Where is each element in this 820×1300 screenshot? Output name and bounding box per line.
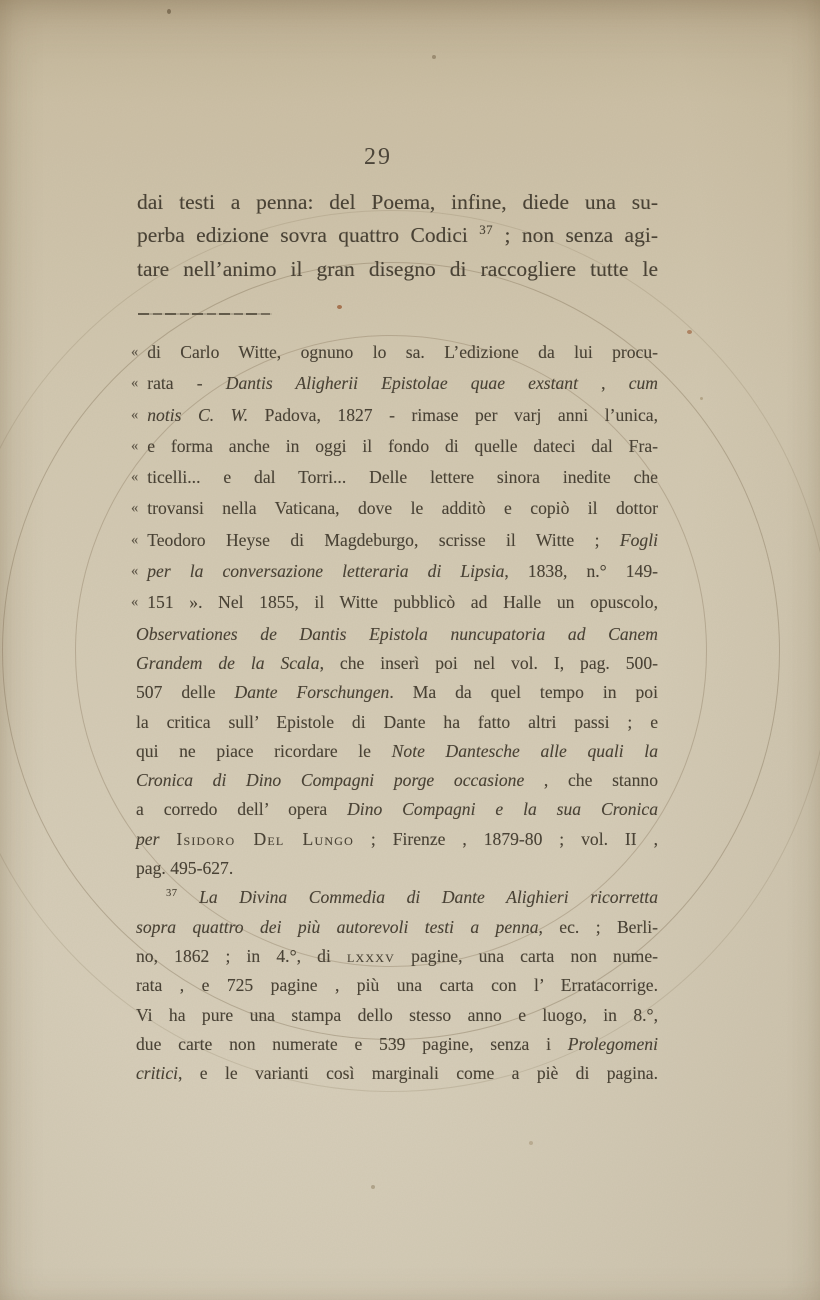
text-run: Teodoro Heyse di Magdeburgo, scrisse il …: [147, 530, 620, 550]
footnote-line: Grandem de la Scala, che inserì poi nel …: [136, 649, 658, 678]
body-line: perba edizione sovra quattro Codici 37 ;…: [137, 219, 658, 252]
body-text: dai testi a penna: del Poema, infine, di…: [137, 186, 658, 286]
body-line: tare nell’animo il gran disegno di racco…: [137, 253, 658, 286]
footnote-line: per Isidoro Del Lungo ; Firenze , 1879-8…: [136, 825, 658, 854]
text-run: 37: [479, 223, 493, 237]
footnote-line: critici, e le varianti così marginali co…: [136, 1059, 658, 1088]
text-run: ,: [578, 373, 629, 393]
text-run: , ec. ; Berli-: [539, 917, 658, 937]
text-run: [178, 887, 200, 907]
text-run: pagine, una carta non nume-: [395, 946, 658, 966]
footnote-line: Observationes de Dantis Epistola nuncupa…: [136, 620, 658, 649]
paper-speck: [167, 9, 171, 14]
footnote-line: la critica sull’ Epistole di Dante ha fa…: [136, 708, 658, 737]
text-run: Vi ha pure una stampa dello stesso anno …: [136, 1005, 658, 1025]
text-run: 507 delle: [136, 682, 235, 702]
text-run: rata -: [147, 373, 226, 393]
text-run: . Ma da quel tempo in poi: [389, 682, 658, 702]
text-run: Grandem de la Scala: [136, 653, 320, 673]
footnote-line: «Teodoro Heyse di Magdeburgo, scrisse il…: [136, 526, 658, 557]
text-run: ; Firenze , 1879-80 ; vol. II ,: [354, 829, 658, 849]
text-run: notis C. W.: [147, 405, 248, 425]
footnote-line: pag. 495-627.: [136, 854, 658, 883]
text-run: [159, 829, 176, 849]
footnote-line: due carte non numerate e 539 pagine, sen…: [136, 1030, 658, 1059]
footnote-line: «e forma anche in oggi il fondo di quell…: [136, 432, 658, 463]
quote-continuation-mark: «: [131, 432, 138, 461]
text-run: lxxxv: [347, 946, 395, 966]
text-run: per la conversazione letteraria di Lipsi…: [147, 561, 504, 581]
text-run: a corredo dell’ opera: [136, 799, 347, 819]
text-run: Dantis Aligherii Epistolae quae exstant: [226, 373, 578, 393]
text-run: per: [136, 829, 159, 849]
paper-speck: [337, 305, 342, 309]
text-run: , che inserì poi nel vol. I, pag. 500-: [320, 653, 658, 673]
footnote-line: Vi ha pure una stampa dello stesso anno …: [136, 1001, 658, 1030]
footnote-line: «151 ». Nel 1855, il Witte pubblicò ad H…: [136, 588, 658, 619]
footnote-line: Cronica di Dino Compagni porge occasione…: [136, 766, 658, 795]
text-run: Fogli: [620, 530, 658, 550]
footnote-line: «per la conversazione letteraria di Lips…: [136, 557, 658, 588]
paper-speck: [432, 55, 436, 59]
text-run: , e le varianti così marginali come a pi…: [178, 1063, 658, 1083]
book-page: 29 dai testi a penna: del Poema, infine,…: [0, 0, 820, 1300]
text-run: trovansi nella Vaticana, dove le additò …: [147, 498, 658, 518]
text-run: rata , e 725 pagine , più una carta con …: [136, 975, 658, 995]
footnote-line: rata , e 725 pagine , più una carta con …: [136, 971, 658, 1000]
footnote-line: a corredo dell’ opera Dino Compagni e la…: [136, 795, 658, 824]
paper-speck: [529, 1141, 533, 1145]
footnote-text: «di Carlo Witte, ognuno lo sa. L’edizion…: [136, 338, 658, 1088]
text-run: qui ne piace ricordare le: [136, 741, 392, 761]
body-line: dai testi a penna: del Poema, infine, di…: [137, 186, 658, 219]
quote-continuation-mark: «: [131, 526, 138, 555]
text-run: Dino Compagni e la sua Cronica: [347, 799, 658, 819]
text-run: perba edizione sovra quattro Codici: [137, 223, 479, 247]
text-run: ; non senza agi-: [493, 223, 658, 247]
quote-continuation-mark: «: [131, 588, 138, 617]
text-run: sopra quattro dei più autorevoli testi a…: [136, 917, 539, 937]
text-run: cum: [629, 373, 658, 393]
text-run: due carte non numerate e 539 pagine, sen…: [136, 1034, 568, 1054]
paper-speck: [371, 1185, 375, 1189]
text-run: Prolegomeni: [568, 1034, 658, 1054]
text-run: tare nell’animo il gran disegno di racco…: [137, 257, 658, 281]
text-run: no, 1862 ; in 4.°, di: [136, 946, 347, 966]
footnote-line: 507 delle Dante Forschungen. Ma da quel …: [136, 678, 658, 707]
text-run: Dante Forschungen: [235, 682, 390, 702]
footnote-separator: [138, 313, 272, 315]
text-run: 151 ». Nel 1855, il Witte pubblicò ad Ha…: [147, 592, 658, 612]
quote-continuation-mark: «: [131, 338, 138, 367]
footnote-line: «notis C. W. Padova, 1827 - rimase per v…: [136, 401, 658, 432]
text-run: pag. 495-627.: [136, 858, 233, 878]
paper-speck: [687, 330, 692, 334]
quote-continuation-mark: «: [131, 463, 138, 492]
footnote-line: no, 1862 ; in 4.°, di lxxxv pagine, una …: [136, 942, 658, 971]
footnote-line: «trovansi nella Vaticana, dove le additò…: [136, 494, 658, 525]
page-number: 29: [340, 144, 416, 171]
footnote-line: qui ne piace ricordare le Note Dantesche…: [136, 737, 658, 766]
text-run: Isidoro Del Lungo: [176, 829, 354, 849]
text-run: , 1838, n.° 149-: [504, 561, 658, 581]
footnote-line: sopra quattro dei più autorevoli testi a…: [136, 913, 658, 942]
text-run: dai testi a penna: del Poema, infine, di…: [137, 190, 658, 214]
text-run: Note Dantesche alle quali la: [392, 741, 658, 761]
text-run: Padova, 1827 - rimase per varj anni l’un…: [248, 405, 658, 425]
text-run: e forma anche in oggi il fondo di quelle…: [147, 436, 658, 456]
text-run: La Divina Commedia di Dante Alighieri ri…: [199, 887, 658, 907]
text-run: la critica sull’ Epistole di Dante ha fa…: [136, 712, 658, 732]
text-run: critici: [136, 1063, 178, 1083]
text-run: Observationes de Dantis Epistola nuncupa…: [136, 624, 658, 644]
quote-continuation-mark: «: [131, 369, 138, 398]
paper-speck: [700, 397, 703, 400]
footnote-line: «di Carlo Witte, ognuno lo sa. L’edizion…: [136, 338, 658, 369]
text-run: di Carlo Witte, ognuno lo sa. L’edizione…: [147, 342, 658, 362]
text-run: , che stanno: [524, 770, 658, 790]
footnote-line: «rata - Dantis Aligherii Epistolae quae …: [136, 369, 658, 400]
text-run: 37: [166, 888, 178, 899]
quote-continuation-mark: «: [131, 494, 138, 523]
quote-continuation-mark: «: [131, 557, 138, 586]
footnote-line: 37 La Divina Commedia di Dante Alighieri…: [136, 883, 658, 912]
footnote-line: «ticelli... e dal Torri... Delle lettere…: [136, 463, 658, 494]
text-run: Cronica di Dino Compagni porge occasione: [136, 770, 524, 790]
quote-continuation-mark: «: [131, 401, 138, 430]
text-run: ticelli... e dal Torri... Delle lettere …: [147, 467, 658, 487]
